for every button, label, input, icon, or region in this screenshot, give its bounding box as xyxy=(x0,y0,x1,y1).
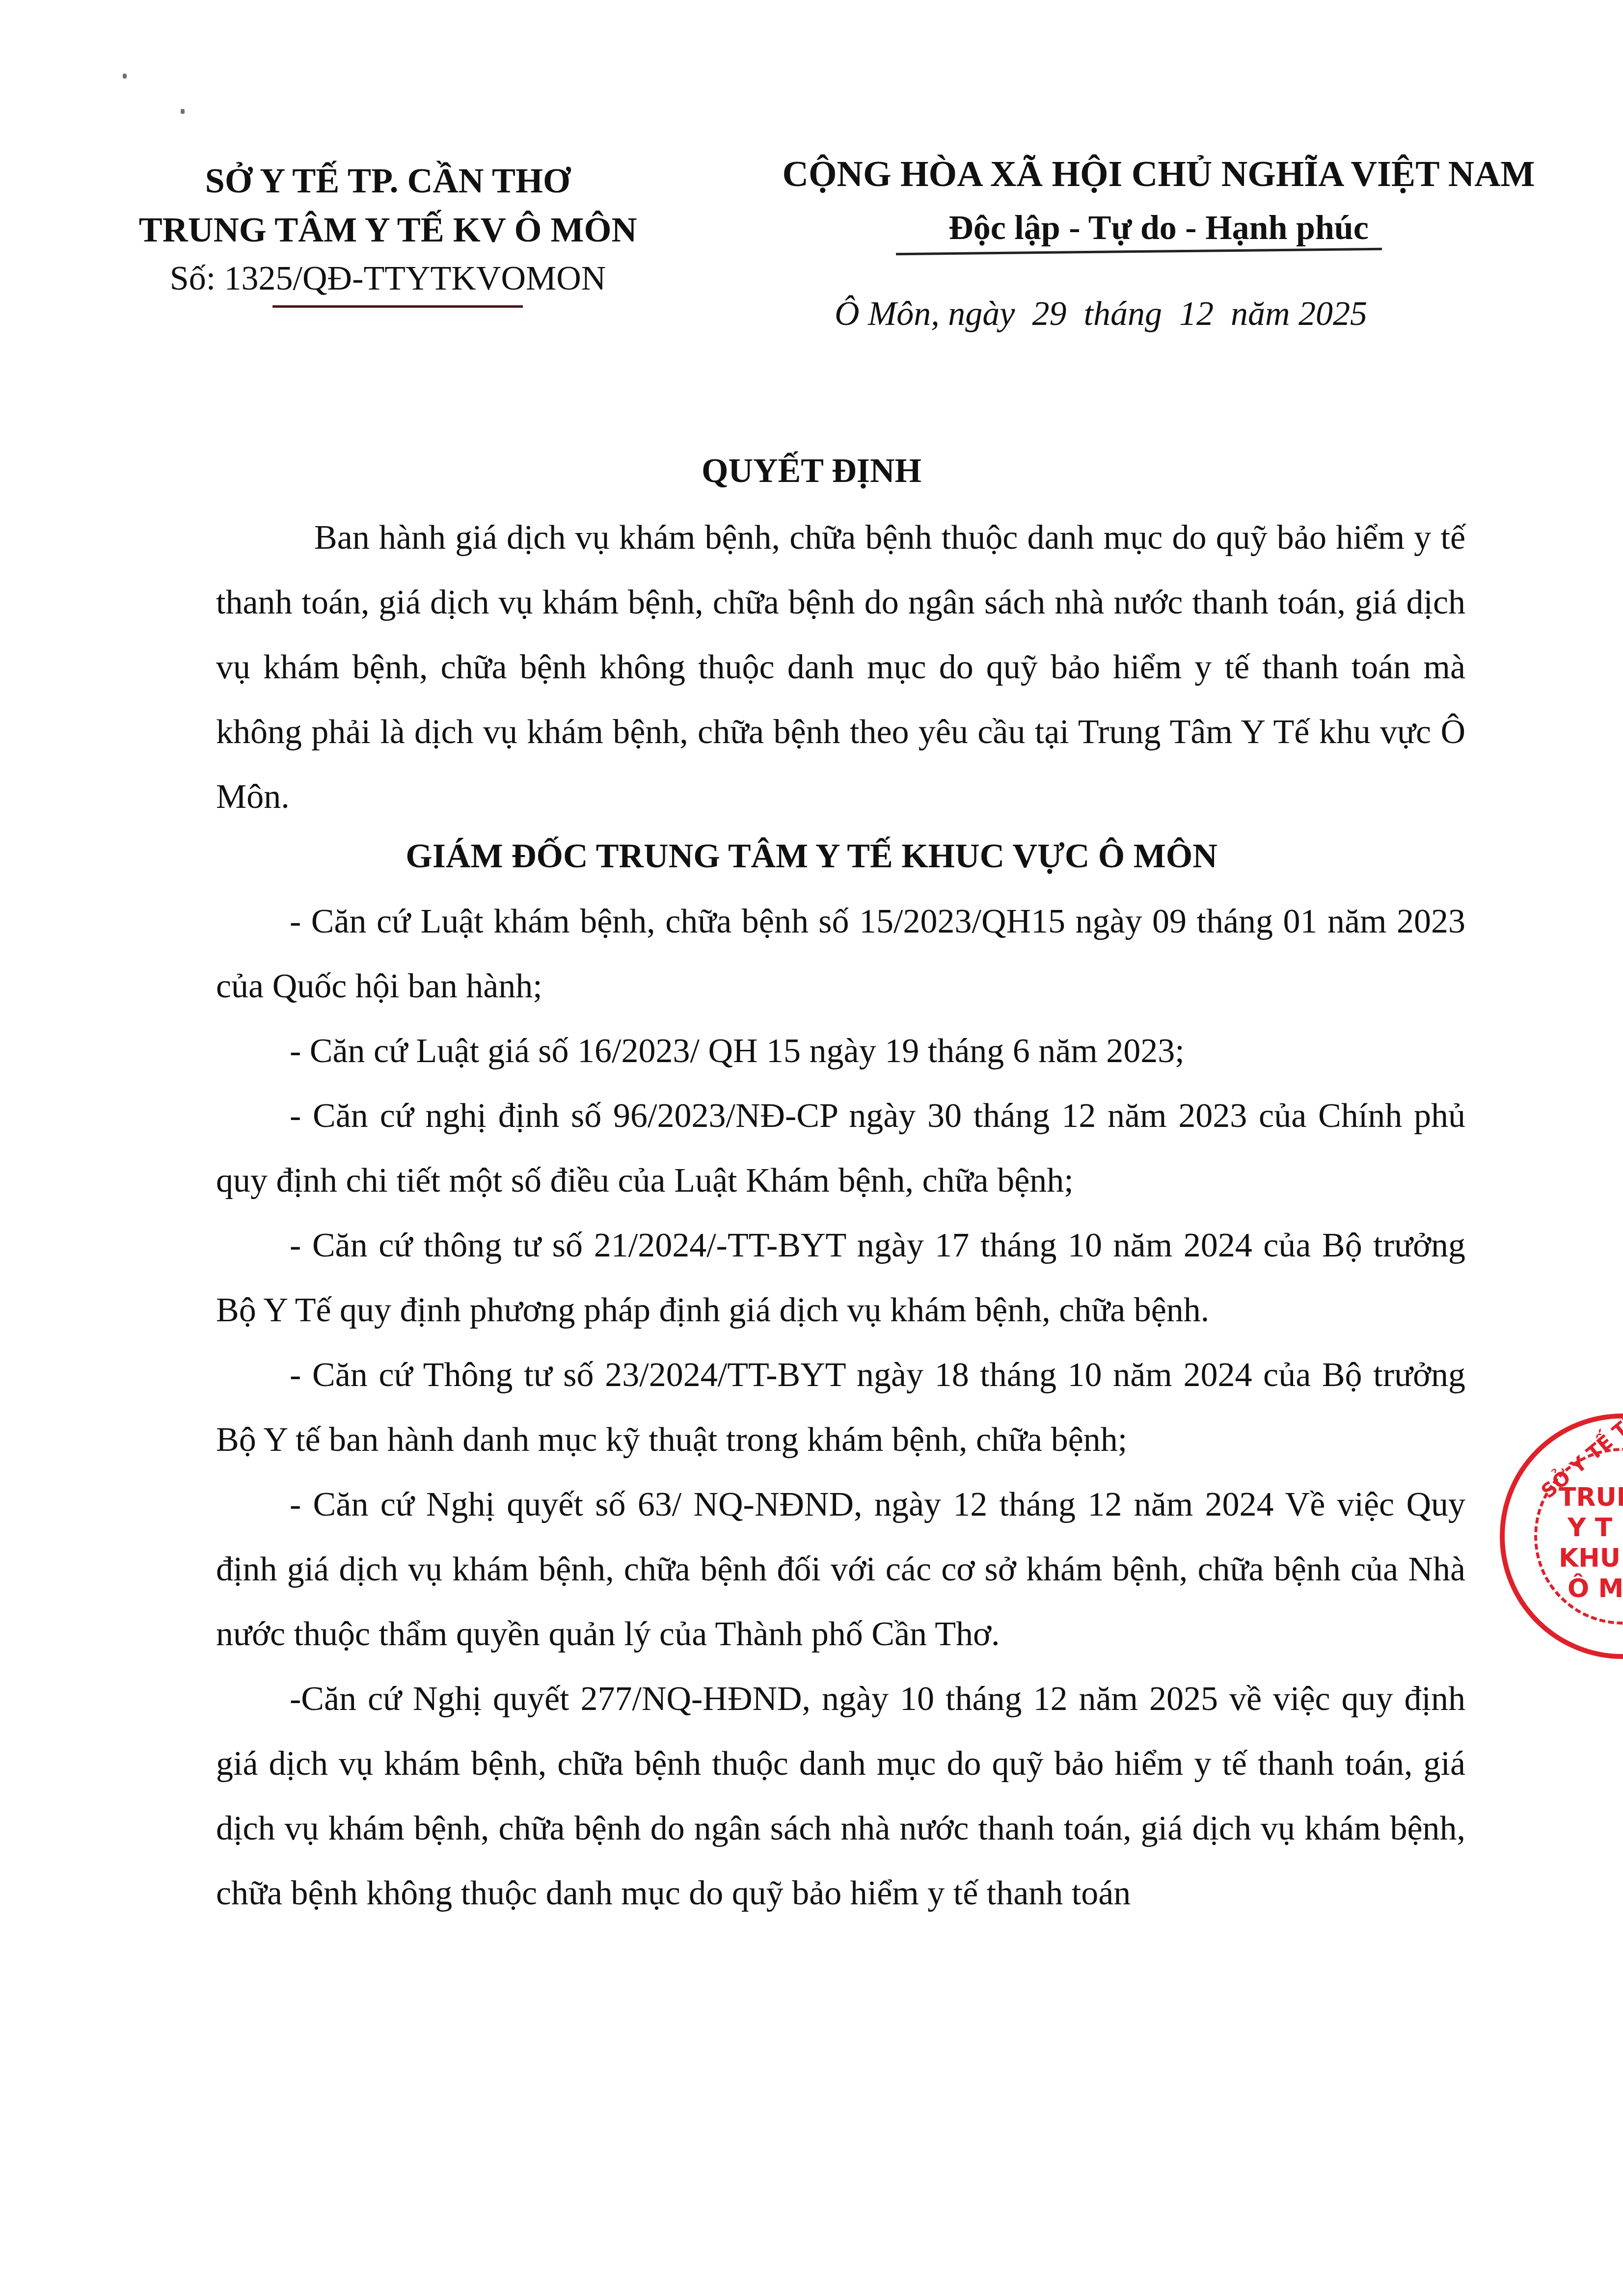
document-number: Số: 1325/QĐ-TTYTKVOMON xyxy=(113,254,663,303)
national-motto: Độc lập - Tự do - Hạnh phúc xyxy=(751,201,1566,255)
legal-basis-list: - Căn cứ Luật khám bệnh, chữa bệnh số 15… xyxy=(216,889,1465,1926)
document-subject: Ban hành giá dịch vụ khám bệnh, chữa bện… xyxy=(216,506,1465,829)
legal-basis-item: - Căn cứ nghị định số 96/2023/NĐ-CP ngày… xyxy=(216,1084,1465,1213)
country-name: CỘNG HÒA XÃ HỘI CHỦ NGHĨA VIỆT NAM xyxy=(751,147,1566,201)
department-name: SỞ Y TẾ TP. CẦN THƠ xyxy=(113,156,663,205)
document-title: QUYẾT ĐỊNH xyxy=(0,452,1623,491)
official-seal-stamp: TRUN Y T KHU Ô M SỞ Y TẾ THÀNH xyxy=(1500,1414,1623,1659)
place-and-date: Ô Môn, ngày 29 tháng 12 năm 2025 xyxy=(835,294,1367,334)
legal-basis-item: - Căn cứ thông tư số 21/2024/-TT-BYT ngà… xyxy=(216,1213,1465,1343)
legal-basis-item: -Căn cứ Nghị quyết 277/NQ-HĐND, ngày 10 … xyxy=(216,1667,1465,1926)
national-heading-block: CỘNG HÒA XÃ HỘI CHỦ NGHĨA VIỆT NAM Độc l… xyxy=(751,147,1566,255)
legal-basis-item: - Căn cứ Luật giá số 16/2023/ QH 15 ngày… xyxy=(216,1019,1465,1084)
legal-basis-item: - Căn cứ Thông tư số 23/2024/TT-BYT ngày… xyxy=(216,1343,1465,1472)
legal-basis-item: - Căn cứ Nghị quyết số 63/ NQ-NĐND, ngày… xyxy=(216,1472,1465,1667)
authority-heading: GIÁM ĐỐC TRUNG TÂM Y TẾ KHUC VỰC Ô MÔN xyxy=(0,837,1623,876)
legal-basis-item: - Căn cứ Luật khám bệnh, chữa bệnh số 15… xyxy=(216,889,1465,1019)
organization-name: TRUNG TÂM Y TẾ KV Ô MÔN xyxy=(113,205,663,254)
document-number-underline xyxy=(272,305,523,308)
issuing-authority-block: SỞ Y TẾ TP. CẦN THƠ TRUNG TÂM Y TẾ KV Ô … xyxy=(113,156,663,303)
scan-speck xyxy=(181,109,185,114)
scan-speck xyxy=(123,74,127,79)
seal-center-text: TRUN Y T KHU Ô M xyxy=(1559,1482,1623,1604)
